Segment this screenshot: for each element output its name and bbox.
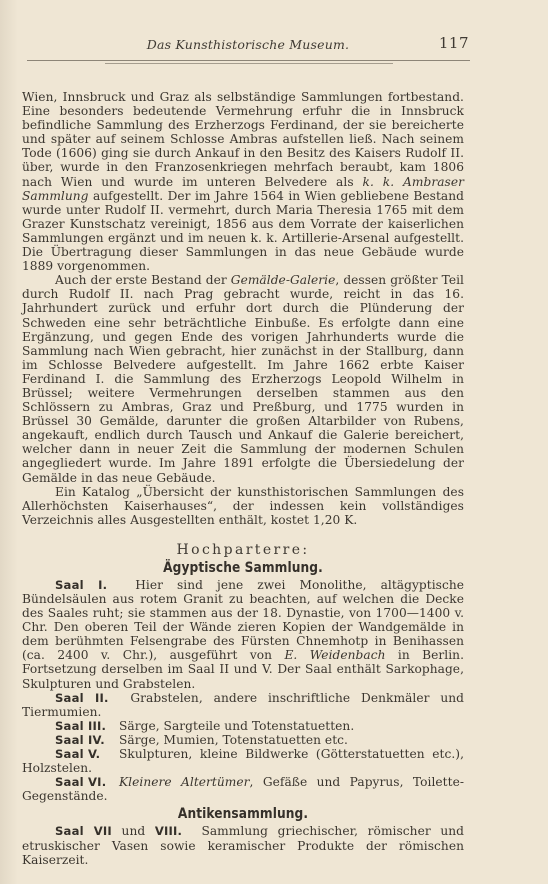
room-label: VIII.: [155, 824, 182, 838]
running-title: Das Kunsthistorische Museum.: [27, 37, 469, 52]
room-entry-saal-3: Saal III.Särge, Sargteile und Totenstatu…: [22, 719, 464, 733]
emphasis-weidenbach: E. Weidenbach: [284, 648, 385, 662]
room-label: Saal V.: [55, 747, 119, 761]
room-label: Saal II.: [55, 691, 109, 705]
paragraph-katalog: Ein Katalog „Übersicht der kunsthistoris…: [22, 485, 464, 527]
room-label: Saal IV.: [55, 733, 119, 747]
header-rule: [27, 60, 470, 61]
header-rule-secondary: [105, 63, 393, 64]
room-label: Saal I.: [55, 578, 107, 592]
paragraph-gemaelde-galerie: Auch der erste Bestand der Gemälde-Galer…: [22, 273, 464, 484]
room-entry-saal-6: Saal VI.Kleinere Altertümer, Gefäße und …: [22, 775, 464, 803]
paragraph-ambras-collection: Wien, Innsbruck und Graz als selbständig…: [22, 90, 464, 273]
room-entry-saal-5: Saal V.Skulpturen, kleine Bildwerke (Göt…: [22, 747, 464, 775]
room-label: Saal VI.: [55, 775, 119, 789]
room-entry-saal-4: Saal IV.Särge, Mumien, Totenstatuetten e…: [22, 733, 464, 747]
emphasis-kleinere-altertuemer: Kleinere Altertümer: [119, 775, 250, 789]
room-entry-saal-7-8: Saal VII und VIII. Sammlung griechischer…: [22, 824, 464, 866]
body-text: Wien, Innsbruck und Graz als selbständig…: [22, 90, 464, 867]
room-label: Saal VII: [55, 824, 112, 838]
room-entry-saal-1: Saal I. Hier sind jene zwei Monolithe, a…: [22, 578, 464, 691]
section-title-antiken: Antikensammlung.: [53, 805, 433, 824]
section-title-egyptian: Ägyptische Sammlung.: [53, 559, 433, 578]
running-head: Das Kunsthistorische Museum. 117: [27, 34, 469, 54]
room-entry-saal-2: Saal II. Grabstelen, andere inschriftlic…: [22, 691, 464, 719]
room-label: Saal III.: [55, 719, 119, 733]
book-page: Das Kunsthistorische Museum. 117 Wien, I…: [0, 0, 548, 884]
page-number: 117: [439, 34, 469, 52]
emphasis-gemaelde-galerie: Gemälde-Galerie: [231, 273, 336, 287]
floor-heading: Hochparterre:: [22, 542, 464, 559]
